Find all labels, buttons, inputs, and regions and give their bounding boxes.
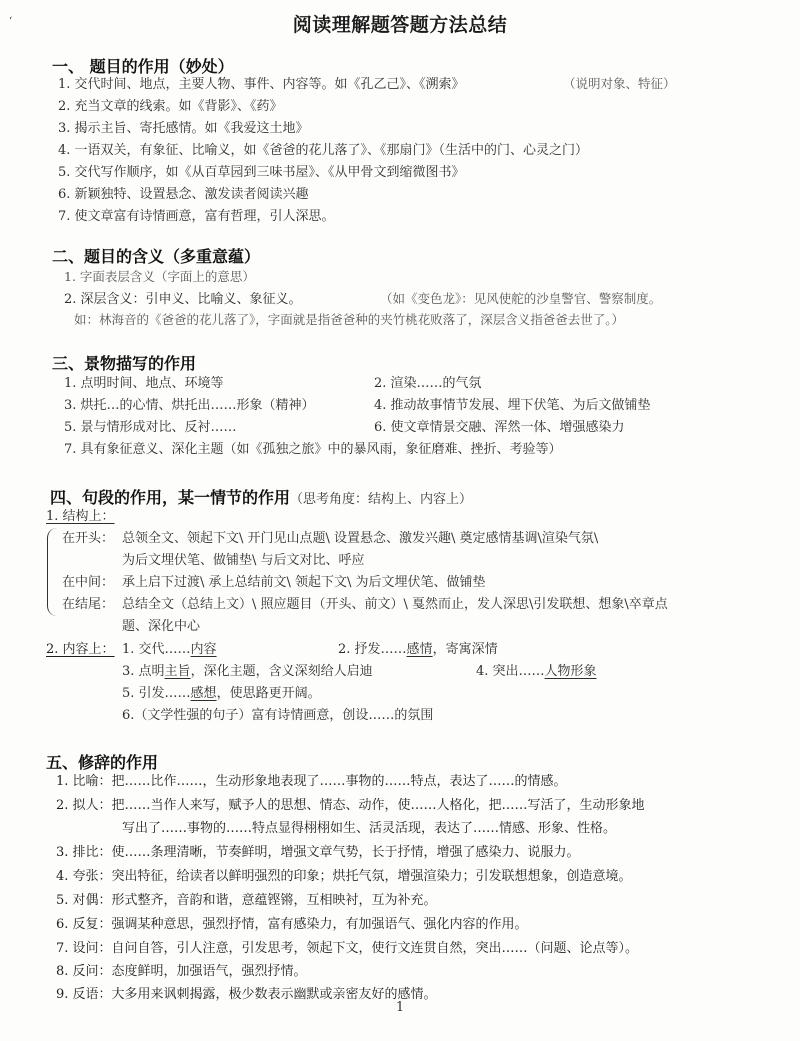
- s4-end-line-1: 总结全文（总结上文）\ 照应题目（开头、前文）\ 戛然而止，发人深思\引发联想、…: [122, 596, 668, 614]
- s2-item-2-note: （如《变色龙》：见风使舵的沙皇警官、警察制度。: [380, 290, 661, 308]
- s5-item-8: 8. 反问：态度鲜明，加强语气，强烈抒情。: [56, 963, 307, 981]
- s3-item-4: 4. 推动故事情节发展、埋下伏笔、为后文做铺垫: [374, 397, 651, 415]
- c2-prefix: 2. 抒发……: [338, 642, 407, 657]
- s5-item-2: 2. 拟人：把……当作人来写，赋予人的思想、情态、动作，使……人格化，把……写活…: [56, 797, 645, 815]
- s4-start-line-2: 为后文埋伏笔、做铺垫\ 与后文对比、呼应: [122, 552, 365, 570]
- s1-item-7: 7. 使文章富有诗情画意，富有哲理，引人深思。: [58, 208, 335, 226]
- s4-start-label: 在开头：: [62, 530, 114, 548]
- s2-item-1: 1. 字面表层含义（字面上的意思）: [64, 268, 255, 286]
- s3-item-3: 3. 烘托…的心情、烘托出……形象（精神）: [64, 397, 315, 415]
- section-5-heading: 五、修辞的作用: [46, 750, 158, 773]
- s4-heading-text: 四、句段的作用，某一情节的作用: [50, 488, 290, 507]
- section-1-heading: 一、 题目的作用（妙处）: [52, 54, 234, 77]
- s3-item-6: 6. 使文章情景交融、浑然一体、增强感染力: [374, 419, 625, 437]
- s4-content-label: 2. 内容上：: [46, 641, 115, 659]
- s4-content-4: 4. 突出……人物形象: [476, 663, 597, 681]
- s3-item-1: 1. 点明时间、地点、环境等: [64, 375, 224, 393]
- c5-suffix: ，使思路更开阔。: [217, 686, 321, 701]
- s4-content-2: 2. 抒发……感情，寄寓深情: [338, 641, 498, 659]
- c5-prefix: 5. 引发……: [122, 686, 191, 701]
- s2-item-2: 2. 深层含义：引申义、比喻义、象征义。: [64, 291, 302, 309]
- s5-item-2-cont: 写出了……事物的……特点显得栩栩如生、活灵活现，表达了……情感、形象、性格。: [122, 820, 616, 838]
- s5-item-7: 7. 设问：自问自答，引人注意，引发思考，领起下文，使行文连贯自然，突出……（问…: [56, 940, 638, 958]
- s4-content-label-text: 2. 内容上：: [46, 642, 115, 657]
- s4-content-1: 1. 交代……内容: [122, 641, 217, 659]
- s3-item-2: 2. 渲染……的气氛: [374, 375, 482, 393]
- s4-end-label: 在结尾：: [62, 596, 114, 614]
- c3-key: 主旨: [165, 664, 191, 679]
- s4-end-line-2: 题、深化中心: [122, 618, 200, 636]
- s4-content-6: 6.（文学性强的句子）富有诗情画意，创设……的氛围: [122, 707, 433, 725]
- page-number: 1: [0, 1000, 800, 1015]
- c4-prefix: 4. 突出……: [476, 664, 545, 679]
- page-title: 阅读理解题答题方法总结: [0, 10, 800, 37]
- s1-item-3: 3. 揭示主旨、寄托感情。如《我爱这土地》: [58, 120, 309, 138]
- s1-item-5: 5. 交代写作顺序，如《从百草园到三味书屋》、《从甲骨文到缩微图书》: [58, 164, 465, 182]
- s1-item-6: 6. 新颖独特、设置悬念、激发读者阅读兴趣: [58, 186, 309, 204]
- s5-item-3: 3. 排比：使……条理清晰，节奏鲜明，增强文章气势，长于抒情，增强了感染力、说服…: [56, 844, 580, 862]
- c1-key: 内容: [191, 642, 217, 657]
- s3-item-5: 5. 景与情形成对比、反衬……: [64, 419, 237, 437]
- s5-item-5: 5. 对偶：形式整齐，音韵和谐，意蕴铿锵，互相映衬，互为补充。: [56, 892, 437, 910]
- s4-structure-label: 1. 结构上：: [46, 508, 115, 526]
- s5-item-1: 1. 比喻：把……比作……，生动形象地表现了……事物的……特点，表达了……的情感…: [56, 773, 567, 791]
- section-3-heading: 三、景物描写的作用: [52, 351, 196, 374]
- s5-item-6: 6. 反复：强调某种意思，强烈抒情，富有感染力，有加强语气、强化内容的作用。: [56, 916, 528, 934]
- s4-start-line-1: 总领全文、领起下文\ 开门见山点题\ 设置悬念、激发兴趣\ 奠定感情基调\渲染气…: [122, 530, 598, 548]
- c3-prefix: 3. 点明: [122, 664, 165, 679]
- s1-item-1-note: （说明对象、特征）: [563, 75, 676, 93]
- s4-middle-line: 承上启下过渡\ 承上总结前文\ 领起下文\ 为后文埋伏笔、做铺垫: [122, 574, 486, 592]
- c2-suffix: ，寄寓深情: [433, 642, 498, 657]
- s4-content-3: 3. 点明主旨，深化主题，含义深刻给人启迪: [122, 663, 373, 681]
- brace-bracket: [47, 528, 58, 616]
- section-4-heading: 四、句段的作用，某一情节的作用（思考角度：结构上、内容上）: [50, 485, 472, 508]
- s4-middle-label: 在中间：: [62, 574, 114, 592]
- s1-item-2: 2. 充当文章的线索。如《背影》、《药》: [58, 98, 283, 116]
- s1-item-1: 1. 交代时间、地点，主要人物、事件、内容等。如《孔乙己》、《溯索》: [58, 76, 465, 94]
- c3-suffix: ，深化主题，含义深刻给人启迪: [191, 664, 373, 679]
- c1-prefix: 1. 交代……: [122, 642, 191, 657]
- c4-key: 人物形象: [545, 664, 597, 679]
- s4-content-5: 5. 引发……感想，使思路更开阔。: [122, 685, 321, 703]
- c2-key: 感情: [407, 642, 433, 657]
- section-2-heading: 二、题目的含义（多重意蕴）: [52, 244, 260, 267]
- s3-item-7: 7. 具有象征意义、深化主题（如《孤独之旅》中的暴风雨，象征磨难、挫折、考验等）: [64, 441, 562, 459]
- c5-key: 感想: [191, 686, 217, 701]
- s1-item-4: 4. 一语双关，有象征、比喻义，如《爸爸的花儿落了》、《那扇门》（生活中的门、心…: [58, 142, 588, 160]
- s5-item-4: 4. 夸张：突出特征，给读者以鲜明强烈的印象；烘托气氛，增强渲染力；引发联想想象…: [56, 868, 632, 886]
- s4-heading-note: （思考角度：结构上、内容上）: [290, 492, 472, 507]
- s2-example: 如：林海音的《爸爸的花儿落了》，字面就是指爸爸种的夹竹桃花败落了，深层含义指爸爸…: [74, 311, 624, 329]
